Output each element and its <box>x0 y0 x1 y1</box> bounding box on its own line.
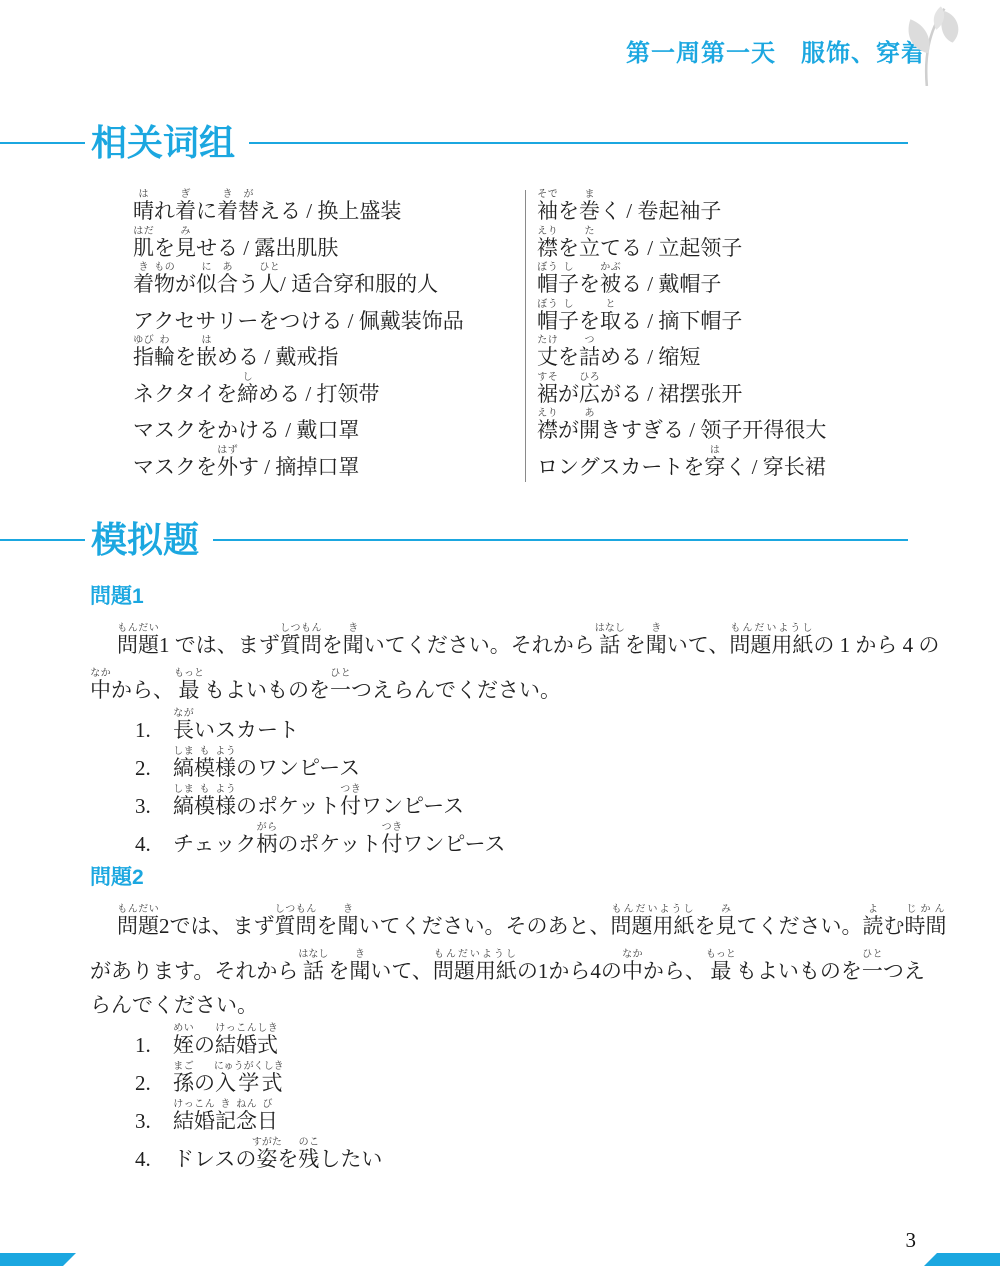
problem-text-line: らんでください。 <box>90 982 920 1016</box>
option-text: 縞しま模も様ようのワンピース <box>173 746 360 779</box>
textbook-page: 第一周第一天 服饰、穿着 相关词组 晴はれ着ぎに着き替がえる / 换上盛装肌はだ… <box>0 0 1000 1266</box>
vocab-section-title: 相关词组 <box>91 125 235 161</box>
vocab-item: ロングスカートを穿はく / 穿长裙 <box>537 442 912 479</box>
vocab-item: 襟えりを立たてる / 立起领子 <box>537 223 912 260</box>
page-header-title: 第一周第一天 服饰、穿着 <box>626 33 926 68</box>
option-row: 2.孫まごの入学式にゅうがくしき <box>90 1056 920 1094</box>
vocab-item: ネクタイを締しめる / 打领带 <box>133 369 525 406</box>
mock-section-heading-row: 模拟题 <box>0 522 1000 558</box>
option-row: 2.縞しま模も様ようのワンピース <box>90 741 920 779</box>
option-row: 3.結婚けっこん記き念ねん日び <box>90 1094 920 1132</box>
problem-2-instructions: 問題もんだい2では、まず質問しつもんを聞きいてください。そのあと、問題用紙もんだ… <box>90 892 920 1016</box>
vocab-item: マスクをかける / 戴口罩 <box>133 405 525 442</box>
vocab-section-heading-row: 相关词组 <box>0 125 1000 161</box>
problem-2-block: 問題2 問題もんだい2では、まず質問しつもんを聞きいてください。そのあと、問題用… <box>90 866 920 1170</box>
option-number: 1. <box>135 719 159 741</box>
option-number: 3. <box>135 795 159 817</box>
option-row: 1.長ながいスカート <box>90 703 920 741</box>
bottom-left-accent-bar <box>0 1253 76 1266</box>
problem-2-options: 1.姪めいの結婚式けっこんしき2.孫まごの入学式にゅうがくしき3.結婚けっこん記… <box>90 1018 920 1170</box>
problem-1-options: 1.長ながいスカート2.縞しま模も様ようのワンピース3.縞しま模も様ようのポケッ… <box>90 703 920 855</box>
mock-section-title: 模拟题 <box>91 522 199 558</box>
heading-rule-right <box>249 142 908 144</box>
heading-rule-left <box>0 142 85 144</box>
option-text: ドレスの姿すがたを残のこしたい <box>173 1137 382 1170</box>
heading-rule-right <box>213 539 908 541</box>
bottom-right-accent-bar <box>924 1253 1000 1266</box>
heading-rule-left <box>0 539 85 541</box>
problem-1-label: 問題1 <box>90 585 920 611</box>
problem-text-line: 問題もんだい2では、まず質問しつもんを聞きいてください。そのあと、問題用紙もんだ… <box>90 892 920 937</box>
vocab-item: 襟えりが開あきすぎる / 领子开得很大 <box>537 405 912 442</box>
leaf-sprig-icon <box>892 4 964 86</box>
vocab-item: 指ゆび輪わを嵌はめる / 戴戒指 <box>133 332 525 369</box>
vocab-column-right: 袖そでを巻まく / 卷起袖子襟えりを立たてる / 立起领子帽ぼう子しを被かぶる … <box>526 186 912 482</box>
vocab-item: 帽ぼう子しを被かぶる / 戴帽子 <box>537 259 912 296</box>
option-text: 孫まごの入学式にゅうがくしき <box>173 1061 284 1094</box>
vocab-item: マスクを外はずす / 摘掉口罩 <box>133 442 525 479</box>
option-number: 3. <box>135 1110 159 1132</box>
vocab-item: 帽ぼう子しを取とる / 摘下帽子 <box>537 296 912 333</box>
page-number: 3 <box>906 1228 917 1253</box>
option-row: 1.姪めいの結婚式けっこんしき <box>90 1018 920 1056</box>
problem-text-line: 問題もんだい 1 では、まず質問しつもんを聞きいてください。それから話はなしを聞… <box>90 611 920 656</box>
option-text: 結婚けっこん記き念ねん日び <box>173 1099 278 1132</box>
option-number: 2. <box>135 1072 159 1094</box>
vocab-item: 丈たけを詰つめる / 缩短 <box>537 332 912 369</box>
option-number: 4. <box>135 833 159 855</box>
option-number: 4. <box>135 1148 159 1170</box>
option-row: 3.縞しま模も様ようのポケット付つきワンピース <box>90 779 920 817</box>
option-number: 1. <box>135 1034 159 1056</box>
problem-2-label: 問題2 <box>90 866 920 892</box>
problem-text-line: があります。それから話はなしを聞きいて、問題用紙もんだいようしの1から4の中なか… <box>90 937 920 982</box>
vocab-item: 袖そでを巻まく / 卷起袖子 <box>537 186 912 223</box>
option-number: 2. <box>135 757 159 779</box>
option-text: 姪めいの結婚式けっこんしき <box>173 1023 278 1056</box>
problem-1-instructions: 問題もんだい 1 では、まず質問しつもんを聞きいてください。それから話はなしを聞… <box>90 611 920 701</box>
option-row: 4.ドレスの姿すがたを残のこしたい <box>90 1132 920 1170</box>
vocab-item: アクセサリーをつける / 佩戴装饰品 <box>133 296 525 333</box>
vocab-item: 着き物ものが似に合あう人ひと / 适合穿和服的人 <box>133 259 525 296</box>
vocab-item: 裾すそが広ひろがる / 裙摆张开 <box>537 369 912 406</box>
vocab-item: 肌はだを見みせる / 露出肌肤 <box>133 223 525 260</box>
option-text: チェック柄がらのポケット付つきワンピース <box>173 822 505 855</box>
option-text: 長ながいスカート <box>173 708 299 741</box>
option-text: 縞しま模も様ようのポケット付つきワンピース <box>173 784 464 817</box>
option-row: 4.チェック柄がらのポケット付つきワンピース <box>90 817 920 855</box>
problem-1-block: 問題1 問題もんだい 1 では、まず質問しつもんを聞きいてください。それから話は… <box>90 585 920 855</box>
vocab-column-left: 晴はれ着ぎに着き替がえる / 换上盛装肌はだを見みせる / 露出肌肤着き物ものが… <box>133 186 525 482</box>
vocab-phrase-list: 晴はれ着ぎに着き替がえる / 换上盛装肌はだを見みせる / 露出肌肤着き物ものが… <box>133 186 912 482</box>
problem-text-line: 中なかから、最もっともよいものを一ひとつえらんでください。 <box>90 656 920 701</box>
vocab-item: 晴はれ着ぎに着き替がえる / 换上盛装 <box>133 186 525 223</box>
